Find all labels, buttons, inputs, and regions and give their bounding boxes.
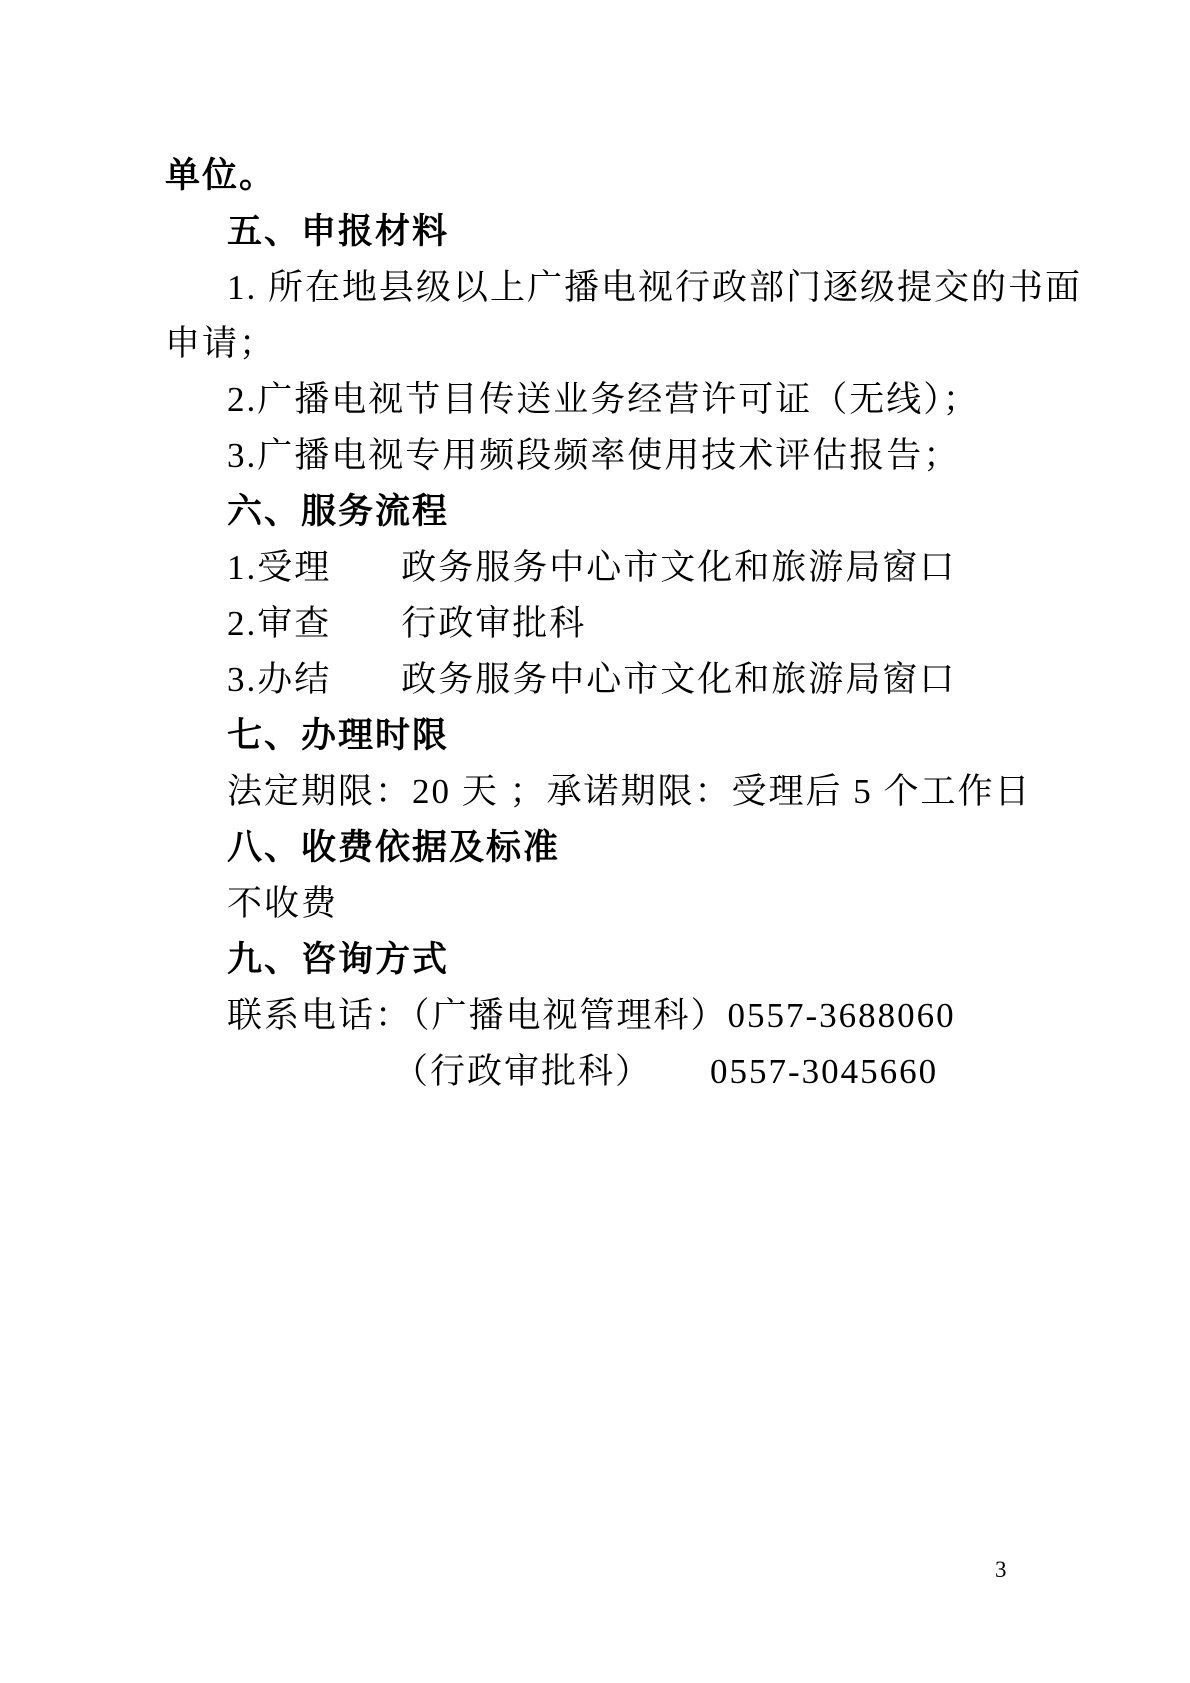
flow-step-complete-label: 3.办结 <box>227 660 331 699</box>
paragraph-contact-phone-2: （行政审批科）0557-3045660 <box>165 1044 1035 1100</box>
paragraph-contact-phone-1: 联系电话：（广播电视管理科）0557-3688060 <box>165 988 1035 1044</box>
page-number: 3 <box>995 1556 1007 1584</box>
paragraph-time-limit: 法定期限：20 天 ；承诺期限：受理后 5 个工作日 <box>165 764 1035 820</box>
paragraph-unit-tail: 单位。 <box>165 148 1035 204</box>
contact-phone-2-dept: （行政审批科） <box>393 1052 652 1091</box>
flow-step-accept-value: 政务服务中心市文化和旅游局窗口 <box>401 548 956 587</box>
flow-step-review-value: 行政审批科 <box>401 604 586 643</box>
heading-section-6-service-process: 六、服务流程 <box>165 484 1035 540</box>
document-content: 单位。 五、申报材料 1. 所在地县级以上广播电视行政部门逐级提交的书面 申请；… <box>165 148 1035 1100</box>
paragraph-material-3: 3.广播电视专用频段频率使用技术评估报告； <box>165 428 1035 484</box>
paragraph-material-1-line-2: 申请； <box>165 316 1035 372</box>
heading-section-9-consultation: 九、咨询方式 <box>165 932 1035 988</box>
flow-step-complete: 3.办结政务服务中心市文化和旅游局窗口 <box>165 652 1035 708</box>
paragraph-no-fee: 不收费 <box>165 876 1035 932</box>
heading-section-7-time-limit: 七、办理时限 <box>165 708 1035 764</box>
flow-step-review: 2.审查行政审批科 <box>165 596 1035 652</box>
document-page: 单位。 五、申报材料 1. 所在地县级以上广播电视行政部门逐级提交的书面 申请；… <box>0 0 1190 1683</box>
contact-phone-2-number: 0557-3045660 <box>710 1052 938 1091</box>
paragraph-material-2: 2.广播电视节目传送业务经营许可证（无线）； <box>165 372 1035 428</box>
flow-step-accept-label: 1.受理 <box>227 548 331 587</box>
flow-step-accept: 1.受理政务服务中心市文化和旅游局窗口 <box>165 540 1035 596</box>
heading-section-8-fee-basis: 八、收费依据及标准 <box>165 820 1035 876</box>
flow-step-complete-value: 政务服务中心市文化和旅游局窗口 <box>401 660 956 699</box>
heading-section-5-application-materials: 五、申报材料 <box>165 204 1035 260</box>
paragraph-material-1-line-1: 1. 所在地县级以上广播电视行政部门逐级提交的书面 <box>165 260 1035 316</box>
flow-step-review-label: 2.审查 <box>227 604 331 643</box>
